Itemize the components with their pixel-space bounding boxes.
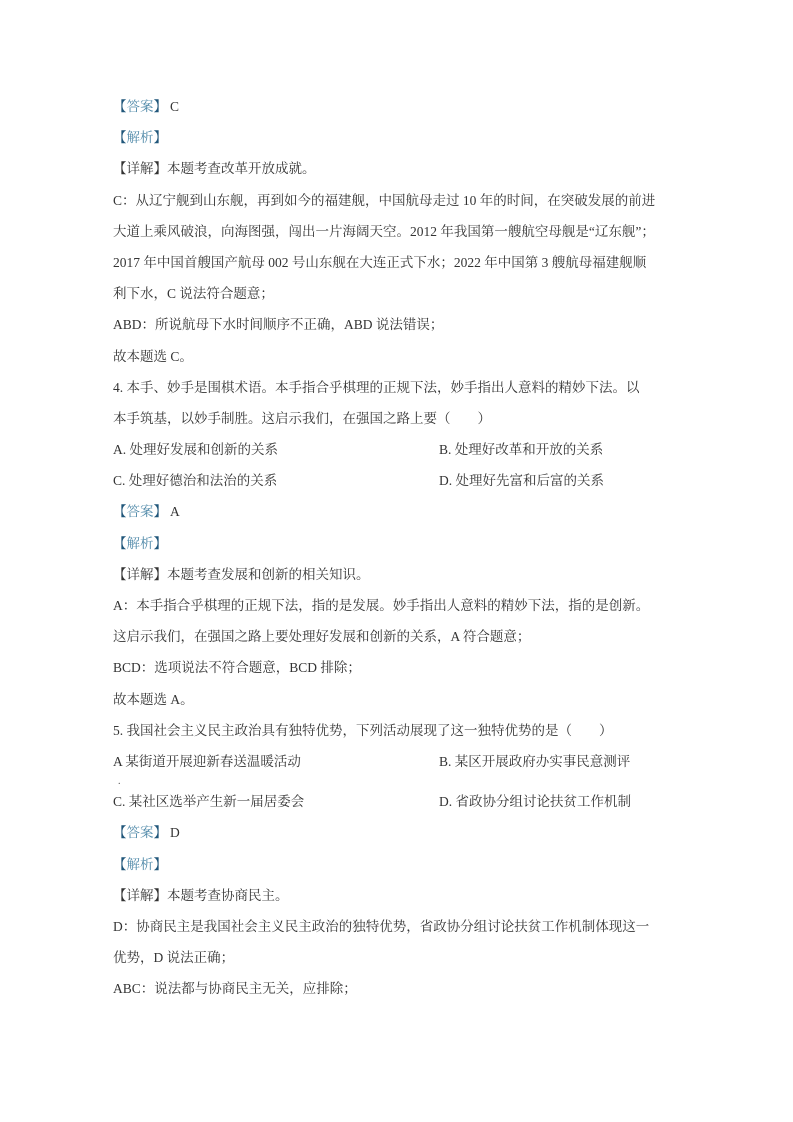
analysis-label: 解析 (127, 130, 154, 145)
options-row: C. 处理好德治和法治的关系D. 处理好先富和后富的关系 (113, 465, 679, 496)
label-bracket-close: 】 (154, 504, 168, 519)
answer-line: 【答案】A (113, 496, 679, 527)
label-bracket-close: 】 (154, 536, 168, 551)
text-line: A：本手指合乎棋理的正规下法，指的是发展。妙手指出人意料的精妙下法，指的是创新。 (113, 590, 679, 621)
label-bracket-close: 】 (154, 825, 168, 840)
text-line: 大道上乘风破浪，向海图强，闯出一片海阔天空。2012 年我国第一艘航空母舰是“辽… (113, 216, 679, 247)
text-line: ABC：说法都与协商民主无关，应排除； (113, 973, 679, 1004)
text-line: 优势，D 说法正确； (113, 942, 679, 973)
option-left: A 某街道开展迎新春送温暖活动 (113, 746, 439, 777)
label-bracket-open: 【 (113, 130, 127, 145)
label-bracket-open: 【 (113, 504, 127, 519)
label-bracket-open: 【 (113, 99, 127, 114)
text-line: 故本题选 C。 (113, 341, 679, 372)
answer-label: 答案 (127, 504, 154, 519)
label-bracket-close: 】 (154, 99, 168, 114)
text-line: 【详解】本题考查改革开放成就。 (113, 153, 679, 184)
text-line: D：协商民主是我国社会主义民主政治的独特优势，省政协分组讨论扶贫工作机制体现这一 (113, 911, 679, 942)
answer-label: 答案 (127, 99, 154, 114)
text-line: 【详解】本题考查协商民主。 (113, 880, 679, 911)
stray-period-mark: . (113, 777, 679, 786)
text-line: 故本题选 A。 (113, 684, 679, 715)
options-row: A 某街道开展迎新春送温暖活动B. 某区开展政府办实事民意测评 (113, 746, 679, 777)
label-bracket-close: 】 (154, 130, 168, 145)
text-line: 利下水，C 说法符合题意； (113, 278, 679, 309)
label-bracket-open: 【 (113, 536, 127, 551)
option-left: A. 处理好发展和创新的关系 (113, 434, 439, 465)
text-line: 这启示我们，在强国之路上要处理好发展和创新的关系，A 符合题意； (113, 621, 679, 652)
label-bracket-open: 【 (113, 825, 127, 840)
analysis-label: 解析 (127, 857, 154, 872)
text-line: 4. 本手、妙手是围棋术语。本手指合乎棋理的正规下法，妙手指出人意料的精妙下法。… (113, 372, 679, 403)
label-bracket-open: 【 (113, 857, 127, 872)
option-right: D. 省政协分组讨论扶贫工作机制 (439, 786, 631, 817)
answer-line: 【答案】D (113, 817, 679, 848)
option-left: C. 处理好德治和法治的关系 (113, 465, 439, 496)
option-left: C. 某社区选举产生新一届居委会 (113, 786, 439, 817)
option-right: B. 处理好改革和开放的关系 (439, 434, 603, 465)
options-row: A. 处理好发展和创新的关系B. 处理好改革和开放的关系 (113, 434, 679, 465)
text-line: 【详解】本题考查发展和创新的相关知识。 (113, 559, 679, 590)
option-right: D. 处理好先富和后富的关系 (439, 465, 604, 496)
analysis-label: 解析 (127, 536, 154, 551)
text-line: C：从辽宁舰到山东舰，再到如今的福建舰，中国航母走过 10 年的时间，在突破发展… (113, 185, 679, 216)
document-content: 【答案】C【解析】【详解】本题考查改革开放成就。C：从辽宁舰到山东舰，再到如今的… (113, 91, 679, 1004)
analysis-line: 【解析】 (113, 528, 679, 559)
option-right: B. 某区开展政府办实事民意测评 (439, 746, 630, 777)
text-line: 2017 年中国首艘国产航母 002 号山东舰在大连正式下水；2022 年中国第… (113, 247, 679, 278)
answer-value: D (167, 825, 180, 840)
text-line: 本手筑基，以妙手制胜。这启示我们，在强国之路上要（ ） (113, 403, 679, 434)
answer-line: 【答案】C (113, 91, 679, 122)
answer-value: C (167, 99, 179, 114)
text-line: BCD：选项说法不符合题意，BCD 排除； (113, 652, 679, 683)
label-bracket-close: 】 (154, 857, 168, 872)
answer-label: 答案 (127, 825, 154, 840)
analysis-line: 【解析】 (113, 122, 679, 153)
analysis-line: 【解析】 (113, 849, 679, 880)
options-row: C. 某社区选举产生新一届居委会D. 省政协分组讨论扶贫工作机制 (113, 786, 679, 817)
answer-value: A (167, 504, 180, 519)
text-line: 5. 我国社会主义民主政治具有独特优势，下列活动展现了这一独特优势的是（ ） (113, 715, 679, 746)
text-line: ABD：所说航母下水时间顺序不正确，ABD 说法错误； (113, 309, 679, 340)
